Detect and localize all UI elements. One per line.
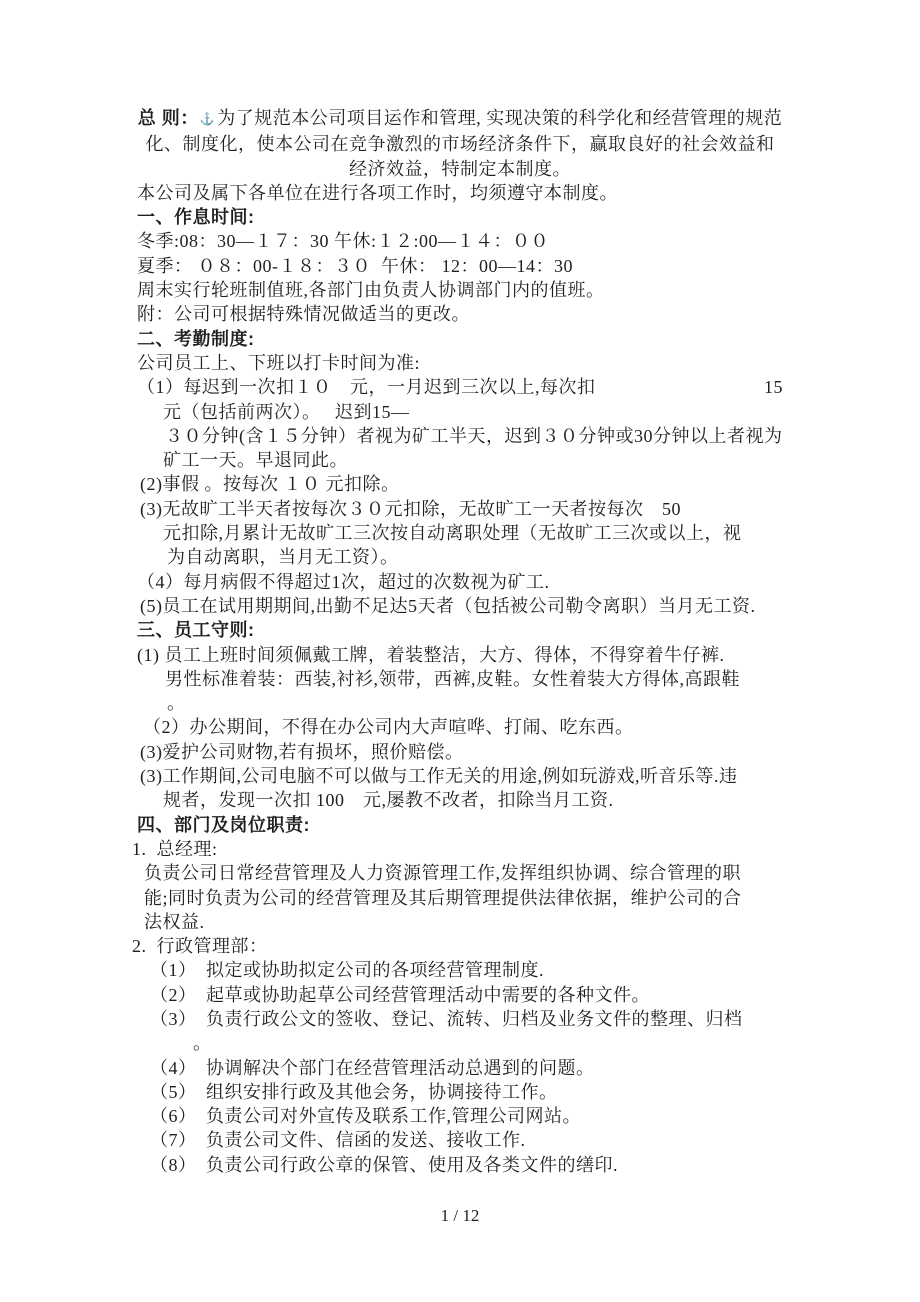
attendance-item-5: (5)员工在试用期期间,出勤不足达5天者（包括被公司勒令离职）当月无工资. — [140, 594, 783, 618]
winter-hours: 冬季:08：30—１７：30 午休:１２:00—１４：００ — [137, 229, 783, 253]
role-2-duty-6: （6） 负责公司对外宣传及联系工作,管理公司网站。 — [150, 1104, 783, 1128]
section-4-heading: 四、部门及岗位职责: — [137, 813, 783, 837]
role-2-duty-8: （8） 负责公司行政公章的保管、使用及各类文件的缮印. — [150, 1153, 783, 1177]
line-text: 为自动离职，当月无工资）。 — [167, 547, 399, 567]
section-1-heading: 一、作息时间: — [137, 205, 783, 229]
role-2-duty-2: （2） 起草或协助起草公司经营管理活动中需要的各种文件。 — [150, 983, 783, 1007]
line-text: ３０分钟(含１５分钟）者视为矿工半天，迟到３０分钟或30分钟以上者视为 — [165, 426, 783, 446]
line-text: 本公司及属下各单位在进行各项工作时，均须遵守本制度。 — [137, 183, 618, 203]
intro-line: 本公司及属下各单位在进行各项工作时，均须遵守本制度。 — [137, 181, 783, 205]
line-text: 四、部门及岗位职责: — [137, 815, 310, 835]
line-text: 化、制度化，使本公司在竞争激烈的市场经济条件下，赢取良好的社会效益和 — [146, 134, 775, 154]
attendance-item-1-line-2: 元（包括前两次）。 迟到15— — [163, 400, 783, 424]
line-text: （7） 负责公司文件、信函的发送、接收工作. — [150, 1130, 526, 1150]
line-text: （6） 负责公司对外宣传及联系工作,管理公司网站。 — [150, 1106, 581, 1126]
role-2-duty-5: （5） 组织安排行政及其他会务，协调接待工作。 — [150, 1080, 783, 1104]
line-text: （4） 协调解决个部门在经营管理活动总遇到的问题。 — [150, 1058, 595, 1078]
line-text: (3)工作期间,公司电脑不可以做与工作无关的用途,例如玩游戏,听音乐等.违 — [140, 766, 738, 786]
attendance-item-3-line-3: 为自动离职，当月无工资）。 — [167, 545, 783, 569]
line-text: 夏季： ０８：00-１８：３０ 午休： 12：00—14：30 — [137, 256, 573, 276]
line-text: 二、考勤制度: — [137, 329, 255, 349]
conduct-item-1-line-2: 男性标准着装：西装,衬衫,领带，西裤,皮鞋。女性着装大方得体,高跟鞋 — [165, 667, 783, 691]
line-text: 男性标准着装：西装,衬衫,领带，西裤,皮鞋。女性着装大方得体,高跟鞋 — [165, 669, 740, 689]
role-2-title: 2. 行政管理部： — [132, 934, 783, 958]
line-text: 1. 总经理: — [132, 839, 218, 859]
role-2-duty-3-line-2: 。 — [193, 1031, 783, 1055]
line-text: 附：公司可根据特殊情况做适当的更改。 — [137, 304, 470, 324]
role-2-duty-1: （1） 拟定或协助拟定公司的各项经营管理制度. — [150, 958, 783, 982]
line-text: （3） 负责行政公文的签收、登记、流转、归档及业务文件的整理、归档 — [150, 1009, 743, 1029]
role-2-duty-7: （7） 负责公司文件、信函的发送、接收工作. — [150, 1128, 783, 1152]
general-rules-line-3: 经济效益，特制定本制度。 — [137, 157, 783, 181]
line-text: 规者，发现一次扣 100 元,屡教不改者，扣除当月工资. — [163, 790, 614, 810]
line-text: （1）每迟到一次扣１０ 元，一月迟到三次以上,每次扣 — [137, 375, 596, 399]
conduct-item-3: (3)爱护公司财物,若有损坏，照价赔偿。 — [140, 740, 783, 764]
line-text: (3)无故旷工半天者按每次３０元扣除，无故旷工一天者按每次 50 — [140, 499, 681, 519]
conduct-item-1-line-3: 。 — [167, 691, 783, 715]
summer-hours: 夏季： ０８：00-１８：３０ 午休： 12：00—14：30 — [137, 254, 783, 278]
role-1-title: 1. 总经理: — [132, 837, 783, 861]
conduct-item-2: （2）办公期间，不得在办公司内大声喧哗、打闹、吃东西。 — [143, 715, 783, 739]
attendance-item-2: (2)事假 。按每次 １０ 元扣除。 — [140, 472, 783, 496]
line-text: (1) 员工上班时间须佩戴工牌，着装整洁，大方、得体，不得穿着牛仔裤. — [137, 645, 725, 665]
line-text: 。 — [167, 693, 186, 713]
line-text: （5） 组织安排行政及其他会务，协调接待工作。 — [150, 1082, 558, 1102]
weekend-duty: 周末实行轮班制值班,各部门由负责人协调部门内的值班。 — [137, 278, 783, 302]
attendance-intro: 公司员工上、下班以打卡时间为准: — [137, 351, 783, 375]
note-line: 附：公司可根据特殊情况做适当的更改。 — [137, 302, 783, 326]
right-aligned-value: 15 — [764, 375, 783, 399]
line-text: 冬季:08：30—１７：30 午休:１２:00—１４：００ — [137, 231, 549, 251]
line-text: （8） 负责公司行政公章的保管、使用及各类文件的缮印. — [150, 1155, 618, 1175]
line-text: 能;同时负责为公司的经营管理及其后期管理提供法律依据，维护公司的合 — [144, 888, 742, 908]
general-rules-line-2: 化、制度化，使本公司在竞争激烈的市场经济条件下，赢取良好的社会效益和 — [137, 132, 783, 156]
anchor-icon: ⚓ — [199, 107, 217, 131]
line-text: 元（包括前两次）。 迟到15— — [163, 402, 410, 422]
line-text: (5)员工在试用期期间,出勤不足达5天者（包括被公司勒令离职）当月无工资. — [140, 596, 756, 616]
line-text: 。 — [193, 1033, 212, 1053]
line-text: 负责公司日常经营管理及人力资源管理工作,发挥组织协调、综合管理的职 — [144, 863, 741, 883]
line-text: 总 则：⚓为了规范本公司项目运作和管理, 实现决策的科学化和经营管理的规范 — [138, 108, 782, 128]
conduct-item-4-line-2: 规者，发现一次扣 100 元,屡教不改者，扣除当月工资. — [163, 788, 783, 812]
role-2-duty-4: （4） 协调解决个部门在经营管理活动总遇到的问题。 — [150, 1056, 783, 1080]
conduct-item-1-line-1: (1) 员工上班时间须佩戴工牌，着装整洁，大方、得体，不得穿着牛仔裤. — [137, 643, 783, 667]
section-3-heading: 三、员工守则: — [137, 618, 783, 642]
line-text: 经济效益，特制定本制度。 — [349, 159, 571, 179]
line-text: 三、员工守则: — [137, 620, 255, 640]
page-footer: 1 / 12 — [0, 1204, 920, 1228]
line-text: (3)爱护公司财物,若有损坏，照价赔偿。 — [140, 742, 464, 762]
attendance-item-3-line-1: (3)无故旷工半天者按每次３０元扣除，无故旷工一天者按每次 50 — [140, 497, 783, 521]
line-text: （2） 起草或协助起草公司经营管理活动中需要的各种文件。 — [150, 985, 650, 1005]
role-1-desc-line-3: 法权益. — [144, 910, 783, 934]
line-text: 法权益. — [144, 912, 205, 932]
document-page: 总 则：⚓为了规范本公司项目运作和管理, 实现决策的科学化和经营管理的规范化、制… — [0, 0, 920, 1302]
line-text: 公司员工上、下班以打卡时间为准: — [137, 353, 420, 373]
line-text: （1） 拟定或协助拟定公司的各项经营管理制度. — [150, 960, 544, 980]
attendance-item-1-line-1: （1）每迟到一次扣１０ 元，一月迟到三次以上,每次扣15 — [137, 375, 783, 399]
line-text: 元扣除,月累计无故旷工三次按自动离职处理（无故旷工三次或以上，视 — [163, 523, 742, 543]
conduct-item-4-line-1: (3)工作期间,公司电脑不可以做与工作无关的用途,例如玩游戏,听音乐等.违 — [140, 764, 783, 788]
line-text: （2）办公期间，不得在办公司内大声喧哗、打闹、吃东西。 — [143, 717, 634, 737]
line-text: (2)事假 。按每次 １０ 元扣除。 — [140, 474, 400, 494]
role-2-duty-3-line-1: （3） 负责行政公文的签收、登记、流转、归档及业务文件的整理、归档 — [150, 1007, 783, 1031]
line-text: （4）每月病假不得超过1次，超过的次数视为矿工. — [137, 572, 550, 592]
section-2-heading: 二、考勤制度: — [137, 327, 783, 351]
attendance-item-3-line-2: 元扣除,月累计无故旷工三次按自动离职处理（无故旷工三次或以上，视 — [163, 521, 783, 545]
attendance-item-1-line-3: ３０分钟(含１５分钟）者视为矿工半天，迟到３０分钟或30分钟以上者视为 — [165, 424, 783, 448]
line-text: 矿工一天。早退同此。 — [163, 450, 348, 470]
role-1-desc-line-1: 负责公司日常经营管理及人力资源管理工作,发挥组织协调、综合管理的职 — [144, 861, 783, 885]
page-number: 1 / 12 — [441, 1206, 480, 1225]
line-text: 一、作息时间: — [137, 207, 255, 227]
role-1-desc-line-2: 能;同时负责为公司的经营管理及其后期管理提供法律依据，维护公司的合 — [144, 886, 783, 910]
general-rules-line-1: 总 则：⚓为了规范本公司项目运作和管理, 实现决策的科学化和经营管理的规范 — [137, 106, 783, 132]
document-body: 总 则：⚓为了规范本公司项目运作和管理, 实现决策的科学化和经营管理的规范化、制… — [137, 106, 783, 1177]
attendance-item-1-line-4: 矿工一天。早退同此。 — [163, 448, 783, 472]
line-text: 2. 行政管理部： — [132, 936, 268, 956]
line-text: 周末实行轮班制值班,各部门由负责人协调部门内的值班。 — [137, 280, 605, 300]
attendance-item-4: （4）每月病假不得超过1次，超过的次数视为矿工. — [137, 570, 783, 594]
